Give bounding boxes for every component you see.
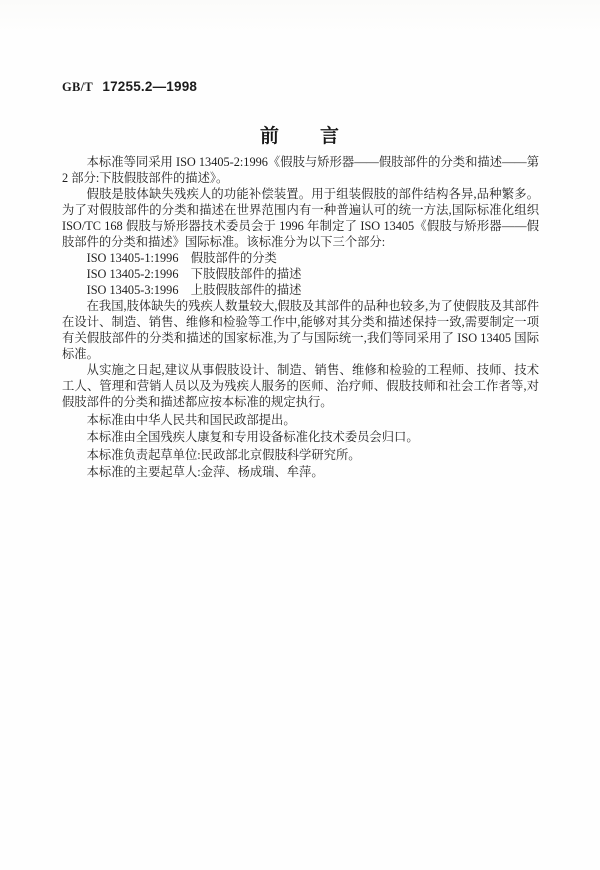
document-page: GB/T 17255.2—1998 前 言 本标准等同采用 ISO 13405-… bbox=[0, 0, 600, 870]
paragraph-proposed-by: 本标准由中华人民共和国民政部提出。 bbox=[62, 412, 539, 428]
iso-list-item-2: ISO 13405-2:1996 下肢假肢部件的描述 bbox=[62, 266, 539, 282]
standard-code-number: 17255.2—1998 bbox=[102, 79, 197, 94]
page-title: 前 言 bbox=[0, 121, 600, 148]
iso-list-item-3: ISO 13405-3:1996 上肢假肢部件的描述 bbox=[62, 282, 539, 298]
paragraph-centralized-by: 本标准由全国残疾人康复和专用设备标准化技术委员会归口。 bbox=[62, 429, 539, 445]
standard-code-prefix: GB/T bbox=[62, 80, 93, 94]
standard-code: GB/T 17255.2—1998 bbox=[62, 78, 197, 96]
paragraph-background: 假肢是肢体缺失残疾人的功能补偿装置。用于组装假肢的部件结构各异,品种繁多。为了对… bbox=[62, 186, 539, 250]
iso-list-item-1: ISO 13405-1:1996 假肢部件的分类 bbox=[62, 250, 539, 266]
paragraph-adoption-statement: 本标准等同采用 ISO 13405-2:1996《假肢与矫形器——假肢部件的分类… bbox=[62, 154, 539, 186]
foreword-body: 本标准等同采用 ISO 13405-2:1996《假肢与矫形器——假肢部件的分类… bbox=[62, 154, 539, 480]
paragraph-national-context: 在我国,肢体缺失的残疾人数量较大,假肢及其部件的品种也较多,为了使假肢及其部件在… bbox=[62, 298, 539, 362]
paragraph-drafting-organization: 本标准负责起草单位:民政部北京假肢科学研究所。 bbox=[62, 447, 539, 463]
paragraph-implementation: 从实施之日起,建议从事假肢设计、制造、销售、维修和检验的工程师、技师、技术工人、… bbox=[62, 362, 539, 410]
paragraph-main-drafters: 本标准的主要起草人:金萍、杨成瑞、牟萍。 bbox=[62, 464, 539, 480]
